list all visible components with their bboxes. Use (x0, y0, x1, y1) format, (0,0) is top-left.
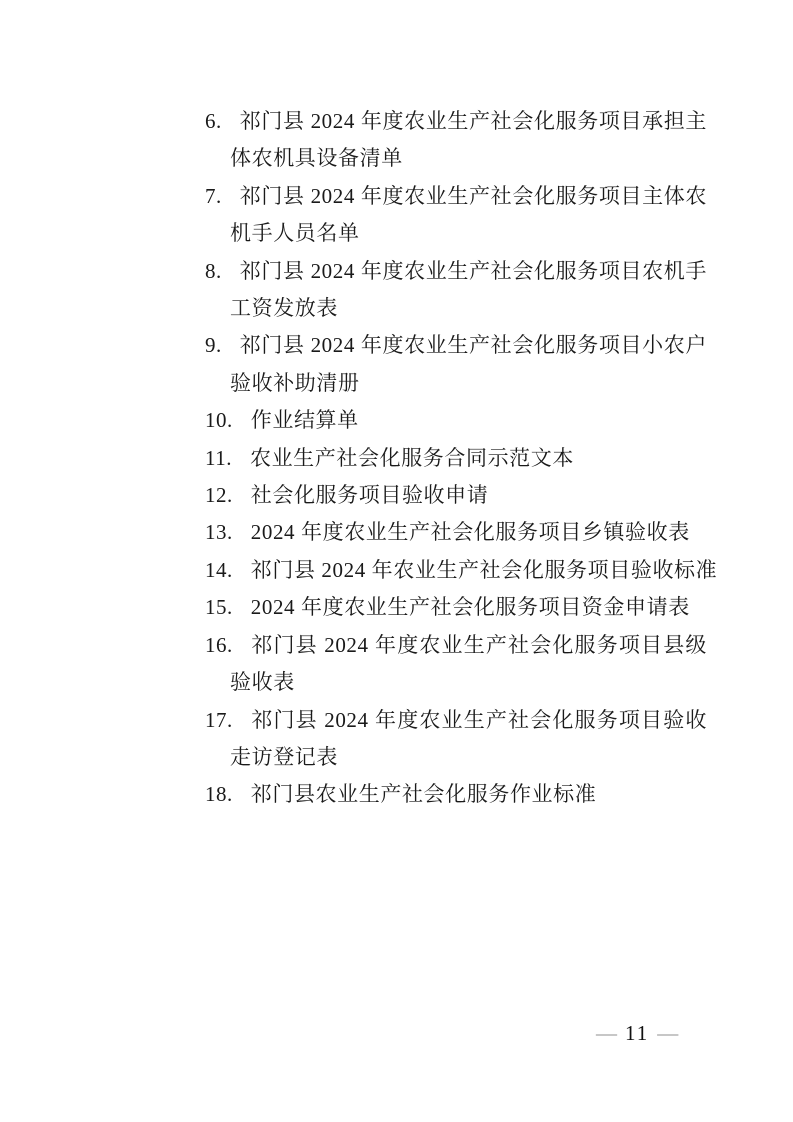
list-item: 13.2024 年度农业生产社会化服务项目乡镇验收表 (205, 514, 707, 551)
list-item-text: 祁门县 2024 年度农业生产社会化服务项目主体农 (240, 184, 707, 208)
list-item-continuation-line: 机手人员名单 (205, 215, 707, 252)
list-item-first-line: 18.祁门县农业生产社会化服务作业标准 (205, 776, 707, 813)
list-item-first-line: 10.作业结算单 (205, 402, 707, 439)
list-item-number: 11. (205, 440, 232, 477)
document-list: 6.祁门县 2024 年度农业生产社会化服务项目承担主体农机具设备清单7.祁门县… (205, 103, 707, 814)
list-item-first-line: 9.祁门县 2024 年度农业生产社会化服务项目小农户 (205, 327, 707, 364)
list-item: 17.祁门县 2024 年度农业生产社会化服务项目验收走访登记表 (205, 702, 707, 777)
list-item: 16.祁门县 2024 年度农业生产社会化服务项目县级验收表 (205, 627, 707, 702)
list-item-text: 祁门县 2024 年度农业生产社会化服务项目农机手 (240, 259, 707, 283)
list-item-text: 祁门县 2024 年度农业生产社会化服务项目小农户 (240, 333, 707, 357)
list-item-number: 9. (205, 327, 222, 364)
list-item-first-line: 12.社会化服务项目验收申请 (205, 477, 707, 514)
list-item-number: 12. (205, 477, 233, 514)
list-item-text: 社会化服务项目验收申请 (251, 483, 489, 507)
list-item-number: 7. (205, 178, 222, 215)
page-number-value: 11 (625, 1021, 649, 1045)
list-item-continuation-line: 体农机具设备清单 (205, 140, 707, 177)
list-item-continuation-line: 走访登记表 (205, 739, 707, 776)
list-item-text: 2024 年度农业生产社会化服务项目乡镇验收表 (251, 520, 690, 544)
list-item-continuation-line: 工资发放表 (205, 290, 707, 327)
list-item-number: 10. (205, 402, 233, 439)
list-item-continuation-line: 验收表 (205, 664, 707, 701)
list-item-text: 祁门县农业生产社会化服务作业标准 (251, 782, 597, 806)
list-item-number: 18. (205, 776, 233, 813)
footer-left-dash: — (596, 1021, 617, 1045)
list-item-text: 祁门县 2024 年农业生产社会化服务项目验收标准 (251, 558, 718, 582)
list-item-continuation-line: 验收补助清册 (205, 365, 707, 402)
document-page: 6.祁门县 2024 年度农业生产社会化服务项目承担主体农机具设备清单7.祁门县… (0, 0, 793, 1122)
list-item: 8.祁门县 2024 年度农业生产社会化服务项目农机手工资发放表 (205, 253, 707, 328)
page-footer: —11— (0, 1021, 793, 1051)
list-item-first-line: 7.祁门县 2024 年度农业生产社会化服务项目主体农 (205, 178, 707, 215)
list-item: 18.祁门县农业生产社会化服务作业标准 (205, 776, 707, 813)
list-item-first-line: 13.2024 年度农业生产社会化服务项目乡镇验收表 (205, 514, 707, 551)
footer-right-dash: — (657, 1021, 678, 1045)
list-item-first-line: 8.祁门县 2024 年度农业生产社会化服务项目农机手 (205, 253, 707, 290)
list-item-number: 14. (205, 552, 233, 589)
list-item: 14.祁门县 2024 年农业生产社会化服务项目验收标准 (205, 552, 707, 589)
list-item-first-line: 15.2024 年度农业生产社会化服务项目资金申请表 (205, 589, 707, 626)
list-item-number: 13. (205, 514, 233, 551)
list-item: 7.祁门县 2024 年度农业生产社会化服务项目主体农机手人员名单 (205, 178, 707, 253)
list-item-text: 作业结算单 (251, 408, 359, 432)
page-number: —11— (596, 1021, 678, 1045)
list-item-number: 6. (205, 103, 222, 140)
list-item-number: 8. (205, 253, 222, 290)
list-item-text: 祁门县 2024 年度农业生产社会化服务项目县级 (251, 633, 707, 657)
list-item-number: 15. (205, 589, 233, 626)
list-item-text: 祁门县 2024 年度农业生产社会化服务项目承担主 (240, 109, 707, 133)
list-item-text: 2024 年度农业生产社会化服务项目资金申请表 (251, 595, 690, 619)
list-item: 10.作业结算单 (205, 402, 707, 439)
list-item-first-line: 11.农业生产社会化服务合同示范文本 (205, 440, 707, 477)
list-item-first-line: 6.祁门县 2024 年度农业生产社会化服务项目承担主 (205, 103, 707, 140)
list-item-number: 16. (205, 627, 233, 664)
list-item-text: 农业生产社会化服务合同示范文本 (250, 446, 574, 470)
list-item-first-line: 14.祁门县 2024 年农业生产社会化服务项目验收标准 (205, 552, 707, 589)
list-item-first-line: 16.祁门县 2024 年度农业生产社会化服务项目县级 (205, 627, 707, 664)
list-item-first-line: 17.祁门县 2024 年度农业生产社会化服务项目验收 (205, 702, 707, 739)
list-item: 15.2024 年度农业生产社会化服务项目资金申请表 (205, 589, 707, 626)
list-item-number: 17. (205, 702, 233, 739)
list-item: 12.社会化服务项目验收申请 (205, 477, 707, 514)
list-item: 6.祁门县 2024 年度农业生产社会化服务项目承担主体农机具设备清单 (205, 103, 707, 178)
list-item: 11.农业生产社会化服务合同示范文本 (205, 440, 707, 477)
list-item-text: 祁门县 2024 年度农业生产社会化服务项目验收 (251, 708, 707, 732)
list-item: 9.祁门县 2024 年度农业生产社会化服务项目小农户验收补助清册 (205, 327, 707, 402)
